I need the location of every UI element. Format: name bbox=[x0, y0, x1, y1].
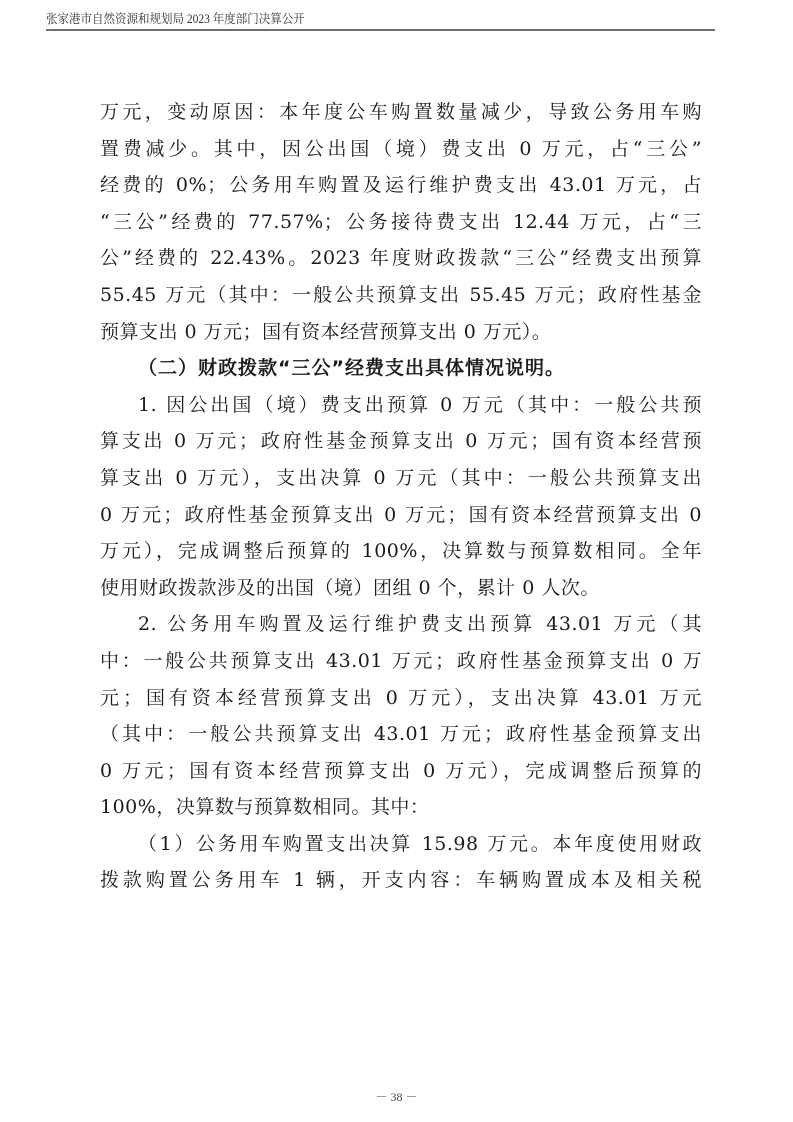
paragraph-item-1-overseas-travel: 1. 因公出国（境）费支出预算 0 万元（其中：一般公共预 算支出 0 万元；政… bbox=[100, 387, 702, 607]
text-line: “三公”经费的 77.57%；公务接待费支出 12.44 万元，占“三 bbox=[100, 204, 702, 241]
text-line: 55.45 万元（其中：一般公共预算支出 55.45 万元；政府性基金 bbox=[100, 277, 702, 314]
section-heading: （二）财政拨款“三公”经费支出具体情况说明。 bbox=[100, 350, 702, 387]
text-line: 公”经费的 22.43%。2023 年度财政拨款“三公”经费支出预算 bbox=[100, 240, 702, 277]
text-line: 元；国有资本经营预算支出 0 万元），支出决算 43.01 万元 bbox=[100, 680, 702, 717]
text-line: 算支出 0 万元；政府性基金预算支出 0 万元；国有资本经营预 bbox=[100, 423, 702, 460]
header-rule bbox=[46, 29, 715, 31]
text-line: 置费减少。其中，因公出国（境）费支出 0 万元，占“三公” bbox=[100, 131, 702, 168]
text-line: 使用财政拨款涉及的出国（境）团组 0 个，累计 0 人次。 bbox=[100, 570, 702, 607]
text-line: 预算支出 0 万元；国有资本经营预算支出 0 万元）。 bbox=[100, 314, 702, 351]
text-line: 0 万元；政府性基金预算支出 0 万元；国有资本经营预算支出 0 bbox=[100, 497, 702, 534]
text-line: 拨款购置公务用车 1 辆，开支内容：车辆购置成本及相关税 bbox=[100, 862, 702, 899]
paragraph-three-public-expenses-summary: 万元，变动原因：本年度公车购置数量减少，导致公务用车购 置费减少。其中，因公出国… bbox=[100, 94, 702, 350]
text-line: 中：一般公共预算支出 43.01 万元；政府性基金预算支出 0 万 bbox=[100, 643, 702, 680]
text-line: 1. 因公出国（境）费支出预算 0 万元（其中：一般公共预 bbox=[100, 387, 702, 424]
text-line: 0 万元；国有资本经营预算支出 0 万元），完成调整后预算的 bbox=[100, 753, 702, 790]
text-line: 算支出 0 万元），支出决算 0 万元（其中：一般公共预算支出 bbox=[100, 460, 702, 497]
text-line: 100%，决算数与预算数相同。其中： bbox=[100, 789, 702, 826]
page-number: － 38 － bbox=[0, 1088, 793, 1105]
text-line: 经费的 0%；公务用车购置及运行维护费支出 43.01 万元，占 bbox=[100, 167, 702, 204]
page-header: 张家港市自然资源和规划局 2023 年度部门决算公开 bbox=[46, 11, 715, 31]
header-title: 张家港市自然资源和规划局 2023 年度部门决算公开 bbox=[46, 11, 661, 27]
text-line: 万元，变动原因：本年度公车购置数量减少，导致公务用车购 bbox=[100, 94, 702, 131]
paragraph-item-2-1-vehicle-purchase: （1）公务用车购置支出决算 15.98 万元。本年度使用财政 拨款购置公务用车 … bbox=[100, 826, 702, 899]
text-line: （其中：一般公共预算支出 43.01 万元；政府性基金预算支出 bbox=[100, 716, 702, 753]
text-line: 万元），完成调整后预算的 100%，决算数与预算数相同。全年 bbox=[100, 533, 702, 570]
text-line: 2. 公务用车购置及运行维护费支出预算 43.01 万元（其 bbox=[100, 606, 702, 643]
document-body: 万元，变动原因：本年度公车购置数量减少，导致公务用车购 置费减少。其中，因公出国… bbox=[100, 94, 702, 899]
paragraph-item-2-official-vehicles: 2. 公务用车购置及运行维护费支出预算 43.01 万元（其 中：一般公共预算支… bbox=[100, 606, 702, 826]
text-line: （1）公务用车购置支出决算 15.98 万元。本年度使用财政 bbox=[100, 826, 702, 863]
